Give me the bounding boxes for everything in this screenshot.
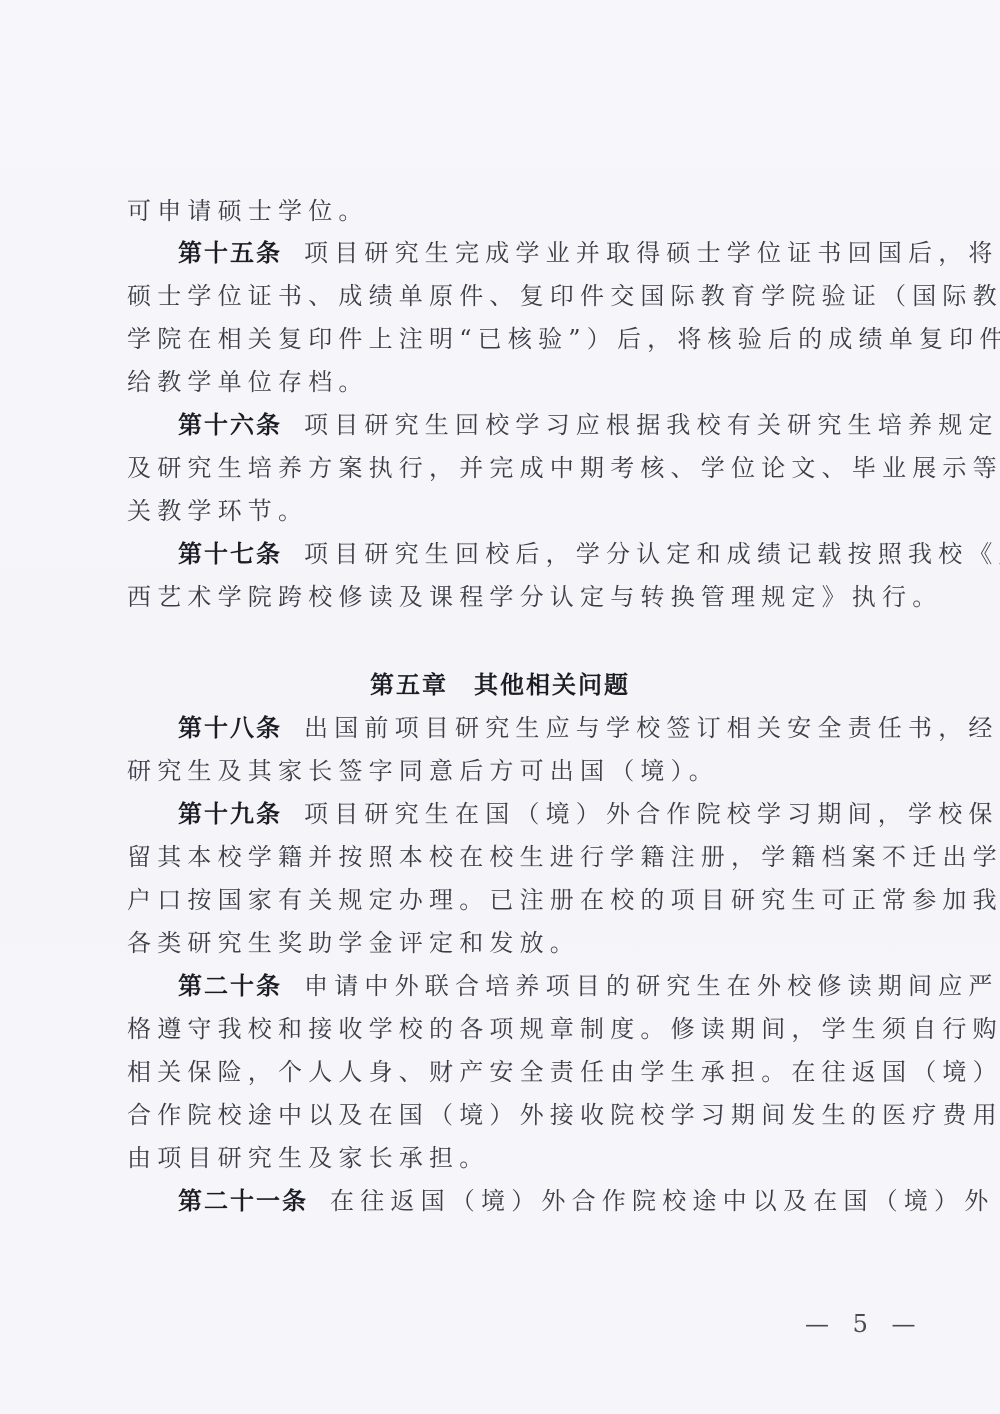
chapter-number: 第五章 xyxy=(370,671,448,699)
article-19: 第十九条项目研究生在国（境）外合作院校学习期间，学校保 xyxy=(178,799,938,829)
article-title: 第十八条 xyxy=(178,714,282,742)
text-line: 由项目研究生及家长承担。 xyxy=(127,1143,887,1173)
text-line: 学院在相关复印件上注明“已核验”）后，将核验后的成绩单复印件交 xyxy=(127,324,887,354)
article-title: 第二十一条 xyxy=(178,1187,308,1215)
article-15: 第十五条项目研究生完成学业并取得硕士学位证书回国后，将 xyxy=(178,238,938,268)
text-line: 西艺术学院跨校修读及课程学分认定与转换管理规定》执行。 xyxy=(127,582,887,612)
page-number: — 5 — xyxy=(805,1310,924,1338)
article-17: 第十七条项目研究生回校后，学分认定和成绩记载按照我校《广 xyxy=(178,539,938,569)
article-20: 第二十条申请中外联合培养项目的研究生在外校修读期间应严 xyxy=(178,971,938,1001)
article-title: 第十九条 xyxy=(178,800,282,828)
article-21: 第二十一条在往返国（境）外合作院校途中以及在国（境）外 xyxy=(178,1186,938,1216)
article-16: 第十六条项目研究生回校学习应根据我校有关研究生培养规定 xyxy=(178,410,938,440)
text-line: 合作院校途中以及在国（境）外接收院校学习期间发生的医疗费用， xyxy=(127,1100,887,1130)
article-text: 在往返国（境）外合作院校途中以及在国（境）外 xyxy=(330,1187,994,1215)
article-18: 第十八条出国前项目研究生应与学校签订相关安全责任书，经 xyxy=(178,713,938,743)
document-page: 可申请硕士学位。 第十五条项目研究生完成学业并取得硕士学位证书回国后，将 硕士学… xyxy=(0,0,1000,1414)
chapter-title: 其他相关问题 xyxy=(474,671,630,699)
text-line: 研究生及其家长签字同意后方可出国（境）。 xyxy=(127,756,887,786)
article-title: 第十五条 xyxy=(178,239,282,267)
article-text: 项目研究生完成学业并取得硕士学位证书回国后，将 xyxy=(304,239,999,267)
article-text: 出国前项目研究生应与学校签订相关安全责任书，经 xyxy=(304,714,999,742)
text-line: 格遵守我校和接收学校的各项规章制度。修读期间，学生须自行购买 xyxy=(127,1014,887,1044)
article-text: 项目研究生回校后，学分认定和成绩记载按照我校《广 xyxy=(304,540,1000,568)
article-title: 第二十条 xyxy=(178,972,282,1000)
text-line: 留其本校学籍并按照本校在校生进行学籍注册，学籍档案不迁出学校， xyxy=(127,842,887,872)
text-line: 户口按国家有关规定办理。已注册在校的项目研究生可正常参加我校 xyxy=(127,885,887,915)
text-line: 给教学单位存档。 xyxy=(127,367,887,397)
chapter-heading: 第五章其他相关问题 xyxy=(0,670,1000,700)
article-text: 项目研究生在国（境）外合作院校学习期间，学校保 xyxy=(304,800,999,828)
text-line: 可申请硕士学位。 xyxy=(127,196,887,226)
article-text: 项目研究生回校学习应根据我校有关研究生培养规定 xyxy=(304,411,999,439)
text-line: 关教学环节。 xyxy=(127,496,887,526)
text-line: 及研究生培养方案执行，并完成中期考核、学位论文、毕业展示等相 xyxy=(127,453,887,483)
text-line: 各类研究生奖助学金评定和发放。 xyxy=(127,928,887,958)
article-text: 申请中外联合培养项目的研究生在外校修读期间应严 xyxy=(304,972,999,1000)
article-title: 第十六条 xyxy=(178,411,282,439)
text-line: 相关保险，个人人身、财产安全责任由学生承担。在往返国（境）外 xyxy=(127,1057,887,1087)
article-title: 第十七条 xyxy=(178,540,282,568)
text-line: 硕士学位证书、成绩单原件、复印件交国际教育学院验证（国际教育 xyxy=(127,281,887,311)
